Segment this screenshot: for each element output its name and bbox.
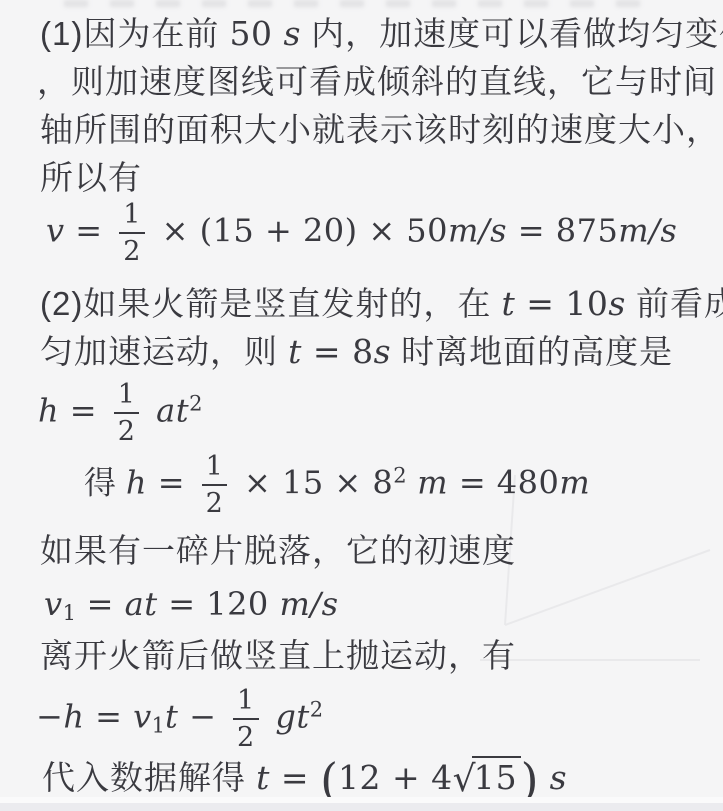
part2-line1: (2)如果火箭是竖直发射的，在 t = 10s 前看成	[40, 284, 723, 324]
formula-initial-velocity: v1 = at = 120 m/s	[44, 584, 339, 633]
fraction: 12	[233, 686, 259, 752]
bottom-edge-strip	[0, 797, 723, 811]
math-segment: m/s	[618, 211, 677, 249]
fraction-denominator: 2	[202, 486, 228, 518]
math-segment: t	[165, 697, 178, 735]
solution-page: (1)因为在前 50 s 内，加速度可以看做均匀变化 ，则加速度图线可看成倾斜的…	[0, 0, 723, 811]
math-segment: −	[36, 697, 63, 735]
text-segment: (2)如果火箭是竖直发射的，在	[40, 285, 502, 322]
part2-line2: 匀加速运动，则 t = 8s 时离地面的高度是	[40, 332, 673, 372]
fraction-numerator: 1	[202, 452, 228, 484]
fraction-numerator: 1	[233, 686, 259, 718]
math-segment: m/s	[279, 585, 338, 623]
math-segment: 2	[189, 391, 202, 415]
fraction: 12	[119, 200, 145, 266]
square-root: √15	[453, 759, 521, 796]
text-segment: 得	[84, 464, 126, 500]
math-segment: 2	[310, 697, 323, 721]
math-segment: h	[63, 697, 84, 735]
math-segment: m/s	[448, 211, 507, 249]
math-segment: s	[608, 284, 625, 323]
math-segment: = 10	[515, 284, 608, 323]
final-answer-line: 代入数据解得 t = (12 + 4√15) s	[42, 756, 567, 800]
math-segment: 2	[393, 463, 406, 487]
math-segment: 50	[230, 14, 284, 53]
math-segment: gt	[275, 697, 309, 735]
fraction: 12	[114, 380, 140, 446]
math-segment: = 875	[507, 211, 618, 249]
math-segment: −	[178, 697, 227, 735]
part1-line2: ，则加速度图线可看成倾斜的直线，它与时间	[37, 62, 717, 102]
math-segment	[145, 391, 156, 429]
math-segment: s	[283, 14, 300, 53]
fraction-denominator: 2	[114, 414, 140, 446]
formula-velocity: v = 12 × (15 + 20) × 50m/s = 875m/s	[46, 200, 677, 266]
math-segment: =	[270, 758, 320, 797]
fraction: 12	[202, 452, 228, 518]
math-segment: m	[559, 463, 590, 501]
part1-line3: 轴所围的面积大小就表示该时刻的速度大小，	[40, 110, 720, 150]
math-segment: = 120	[158, 585, 280, 623]
math-segment	[265, 697, 276, 735]
math-segment: s	[374, 332, 391, 371]
formula-height-result: 得 h = 12 × 15 × 82 m = 480m	[84, 452, 590, 518]
math-segment: m	[407, 463, 449, 501]
math-segment: at	[125, 585, 158, 623]
math-segment: t	[502, 284, 516, 323]
math-segment: at	[156, 391, 189, 429]
text-segment: 代入数据解得	[42, 759, 256, 796]
formula-height: h = 12 at2	[38, 380, 202, 446]
fraction-denominator: 2	[119, 234, 145, 266]
text-segment: 匀加速运动，则	[40, 333, 288, 370]
math-segment: v	[46, 211, 65, 249]
math-segment: =	[147, 463, 196, 501]
text-segment: 前看成	[626, 285, 723, 322]
math-segment: 12 + 4	[338, 758, 453, 797]
math-segment	[539, 758, 550, 797]
math-segment: =	[84, 697, 133, 735]
math-segment: = 480	[448, 463, 559, 501]
text-segment: 时离地面的高度是	[391, 333, 673, 370]
part2-line3: 如果有一碎片脱落，它的初速度	[40, 531, 516, 571]
fraction-denominator: 2	[233, 720, 259, 752]
part2-line4: 离开火箭后做竖直上抛运动，有	[40, 636, 516, 676]
part1-line4: 所以有	[40, 158, 142, 198]
math-segment: s	[550, 758, 567, 797]
part1-line1: (1)因为在前 50 s 内，加速度可以看做均匀变化	[40, 14, 723, 54]
math-segment: t	[288, 332, 302, 371]
math-segment: h	[126, 463, 147, 501]
text-segment: (1)因为在前	[40, 15, 230, 52]
math-segment: =	[76, 585, 125, 623]
math-segment: v	[133, 697, 152, 735]
math-segment: t	[256, 758, 270, 797]
math-segment: v	[44, 585, 63, 623]
math-segment: 1	[152, 713, 165, 737]
math-segment: =	[65, 211, 114, 249]
math-segment: 1	[63, 601, 76, 625]
math-segment: =	[59, 391, 108, 429]
formula-projectile: −h = v1t − 12 gt2	[36, 686, 323, 752]
text-segment: 内，加速度可以看做均匀变化	[301, 15, 723, 52]
math-segment: = 8	[302, 332, 374, 371]
fraction-numerator: 1	[114, 380, 140, 412]
math-segment: × 15 × 8	[233, 463, 393, 501]
math-segment: h	[38, 391, 59, 429]
cropped-text-remnant	[64, 0, 644, 7]
math-segment: × (15 + 20) × 50	[151, 211, 448, 249]
radicand: 15	[472, 756, 521, 798]
fraction-numerator: 1	[119, 200, 145, 232]
